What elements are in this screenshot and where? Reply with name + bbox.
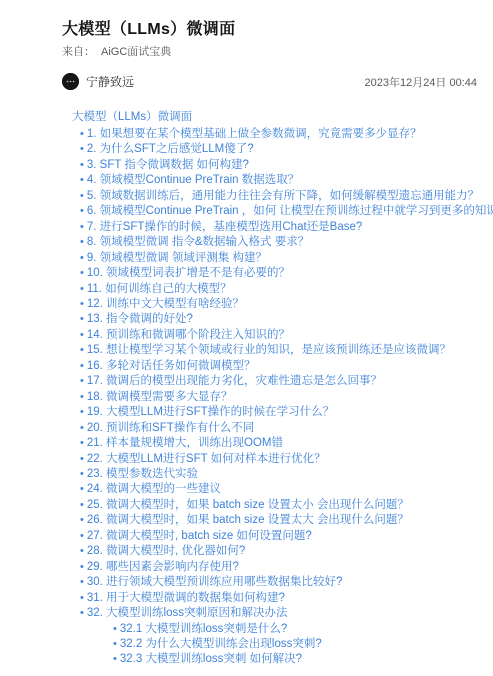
toc-item: 29. 哪些因素会影响内存使用? (80, 560, 479, 575)
toc-item: 3. SFT 指令微调数据 如何构建? (80, 158, 479, 173)
toc-link[interactable]: 24. 微调大模型的一些建议 (87, 483, 221, 495)
toc-link[interactable]: 9. 领域模型微调 领域评测集 构建？ (87, 252, 267, 264)
toc-link[interactable]: 21. 样本量规模增大，训练出现OOM错 (87, 437, 283, 449)
toc-link[interactable]: 32. 大模型训练loss突刺原因和解决办法 (87, 607, 288, 619)
page-title: 大模型（LLMs）微调面 (62, 20, 477, 39)
toc-link[interactable]: 7. 进行SFT操作的时候，基座模型选用Chat还是Base? (87, 221, 362, 233)
toc-item: 16. 多轮对话任务如何微调模型？ (80, 359, 479, 374)
toc-sublink[interactable]: 32.2 为什么大模型训练会出现loss突刺? (120, 638, 322, 650)
source-line: 来自：AiGC面试宝典 (62, 46, 477, 59)
toc-heading-link[interactable]: 大模型（LLMs）微调面 (72, 109, 192, 125)
toc-item: 5. 领域数据训练后，通用能力往往会有所下降，如何缓解模型遗忘通用能力？ (80, 189, 479, 204)
toc-link[interactable]: 30. 进行领域大模型预训练应用哪些数据集比较好? (87, 576, 343, 588)
toc-item: 18. 微调模型需要多大显存？ (80, 390, 479, 405)
toc-subitem: 32.2 为什么大模型训练会出现loss突刺? (113, 637, 479, 652)
table-of-contents: 大模型（LLMs）微调面 1. 如果想要在某个模型基础上做全参数微调，究竟需要多… (0, 109, 493, 668)
toc-link[interactable]: 10. 领域模型词表扩增是不是有必要的？ (87, 267, 290, 279)
toc-item: 32. 大模型训练loss突刺原因和解决办法32.1 大模型训练loss突刺是什… (80, 606, 479, 668)
toc-link[interactable]: 17. 微调后的模型出现能力劣化，灾难性遗忘是怎么回事？ (87, 375, 382, 387)
toc-item: 27. 微调大模型时, batch size 如何设置问题? (80, 529, 479, 544)
toc-link[interactable]: 11. 如何训练自己的大模型？ (87, 283, 232, 295)
toc-sublink[interactable]: 32.1 大模型训练loss突刺是什么? (120, 623, 287, 635)
toc-link[interactable]: 22. 大模型LLM进行SFT 如何对样本进行优化？ (87, 453, 326, 465)
toc-item: 31. 用于大模型微调的数据集如何构建? (80, 591, 479, 606)
article-header: 大模型（LLMs）微调面 来自：AiGC面试宝典 宁静致远 2023年12月24… (0, 0, 493, 90)
toc-item: 1. 如果想要在某个模型基础上做全参数微调，究竟需要多少显存？ (80, 127, 479, 142)
toc-link[interactable]: 25. 微调大模型时，如果 batch size 设置太小 会出现什么问题？ (87, 499, 409, 511)
toc-item: 24. 微调大模型的一些建议 (80, 482, 479, 497)
toc-subitem: 32.1 大模型训练loss突刺是什么? (113, 622, 479, 637)
toc-item: 2. 为什么SFT之后感觉LLM傻了? (80, 142, 479, 157)
toc-link[interactable]: 1. 如果想要在某个模型基础上做全参数微调，究竟需要多少显存？ (87, 128, 422, 140)
toc-link[interactable]: 5. 领域数据训练后，通用能力往往会有所下降，如何缓解模型遗忘通用能力？ (87, 190, 479, 202)
toc-item: 10. 领域模型词表扩增是不是有必要的？ (80, 266, 479, 281)
toc-item: 20. 预训练和SFT操作有什么不同 (80, 421, 479, 436)
toc-link[interactable]: 14. 预训练和微调哪个阶段注入知识的？ (87, 329, 290, 341)
toc-item: 30. 进行领域大模型预训练应用哪些数据集比较好? (80, 575, 479, 590)
avatar-logo-icon (62, 73, 79, 90)
toc-link[interactable]: 3. SFT 指令微调数据 如何构建? (87, 159, 249, 171)
toc-item: 17. 微调后的模型出现能力劣化，灾难性遗忘是怎么回事？ (80, 374, 479, 389)
source-name-link[interactable]: AiGC面试宝典 (101, 46, 171, 58)
toc-item: 7. 进行SFT操作的时候，基座模型选用Chat还是Base? (80, 220, 479, 235)
toc-link[interactable]: 6. 领域模型Continue PreTrain ，如何 让模型在预训练过程中就… (87, 205, 493, 217)
source-label: 来自： (62, 46, 95, 58)
toc-item: 6. 领域模型Continue PreTrain ，如何 让模型在预训练过程中就… (80, 204, 479, 219)
toc-link[interactable]: 20. 预训练和SFT操作有什么不同 (87, 422, 254, 434)
author-avatar[interactable] (62, 73, 79, 90)
toc-item: 9. 领域模型微调 领域评测集 构建？ (80, 251, 479, 266)
toc-link[interactable]: 15. 想让模型学习某个领域或行业的知识，是应该预训练还是应该微调？ (87, 344, 451, 356)
toc-item: 28. 微调大模型时, 优化器如何? (80, 544, 479, 559)
toc-sublist: 32.1 大模型训练loss突刺是什么?32.2 为什么大模型训练会出现loss… (80, 622, 479, 668)
toc-link[interactable]: 18. 微调模型需要多大显存？ (87, 391, 233, 403)
toc-link[interactable]: 29. 哪些因素会影响内存使用? (87, 561, 239, 573)
toc-item: 15. 想让模型学习某个领域或行业的知识，是应该预训练还是应该微调？ (80, 343, 479, 358)
post-date: 2023年12月24日 00:44 (364, 74, 477, 90)
toc-item: 19. 大模型LLM进行SFT操作的时候在学习什么？ (80, 405, 479, 420)
toc-link[interactable]: 4. 领域模型Continue PreTrain 数据选取？ (87, 174, 299, 186)
toc-item: 26. 微调大模型时，如果 batch size 设置太大 会出现什么问题？ (80, 513, 479, 528)
toc-link[interactable]: 31. 用于大模型微调的数据集如何构建? (87, 592, 285, 604)
toc-link[interactable]: 8. 领域模型微调 指令&数据输入格式 要求？ (87, 236, 309, 248)
toc-link[interactable]: 28. 微调大模型时, 优化器如何? (87, 545, 245, 557)
toc-link[interactable]: 27. 微调大模型时, batch size 如何设置问题? (87, 530, 312, 542)
toc-link[interactable]: 23. 模型参数迭代实验 (87, 468, 198, 480)
toc-link[interactable]: 16. 多轮对话任务如何微调模型？ (87, 360, 256, 372)
toc-list: 1. 如果想要在某个模型基础上做全参数微调，究竟需要多少显存？2. 为什么SFT… (72, 127, 479, 668)
toc-link[interactable]: 13. 指令微调的好处? (87, 313, 193, 325)
toc-item: 14. 预训练和微调哪个阶段注入知识的？ (80, 328, 479, 343)
toc-link[interactable]: 19. 大模型LLM进行SFT操作的时候在学习什么？ (87, 406, 334, 418)
toc-link[interactable]: 26. 微调大模型时，如果 batch size 设置太大 会出现什么问题？ (87, 514, 409, 526)
article-page: 大模型（LLMs）微调面 来自：AiGC面试宝典 宁静致远 2023年12月24… (0, 0, 493, 676)
toc-item: 8. 领域模型微调 指令&数据输入格式 要求？ (80, 235, 479, 250)
toc-subitem: 32.3 大模型训练loss突刺 如何解决? (113, 652, 479, 667)
toc-item: 13. 指令微调的好处? (80, 312, 479, 327)
toc-item: 25. 微调大模型时，如果 batch size 设置太小 会出现什么问题？ (80, 498, 479, 513)
toc-item: 12. 训练中文大模型有啥经验？ (80, 297, 479, 312)
toc-item: 23. 模型参数迭代实验 (80, 467, 479, 482)
toc-item: 4. 领域模型Continue PreTrain 数据选取？ (80, 173, 479, 188)
author-row: 宁静致远 2023年12月24日 00:44 (62, 73, 477, 90)
toc-link[interactable]: 2. 为什么SFT之后感觉LLM傻了? (87, 143, 254, 155)
toc-item: 11. 如何训练自己的大模型？ (80, 282, 479, 297)
toc-sublink[interactable]: 32.3 大模型训练loss突刺 如何解决? (120, 653, 302, 665)
author-name[interactable]: 宁静致远 (86, 73, 134, 90)
toc-item: 21. 样本量规模增大，训练出现OOM错 (80, 436, 479, 451)
toc-link[interactable]: 12. 训练中文大模型有啥经验？ (87, 298, 244, 310)
toc-item: 22. 大模型LLM进行SFT 如何对样本进行优化？ (80, 452, 479, 467)
